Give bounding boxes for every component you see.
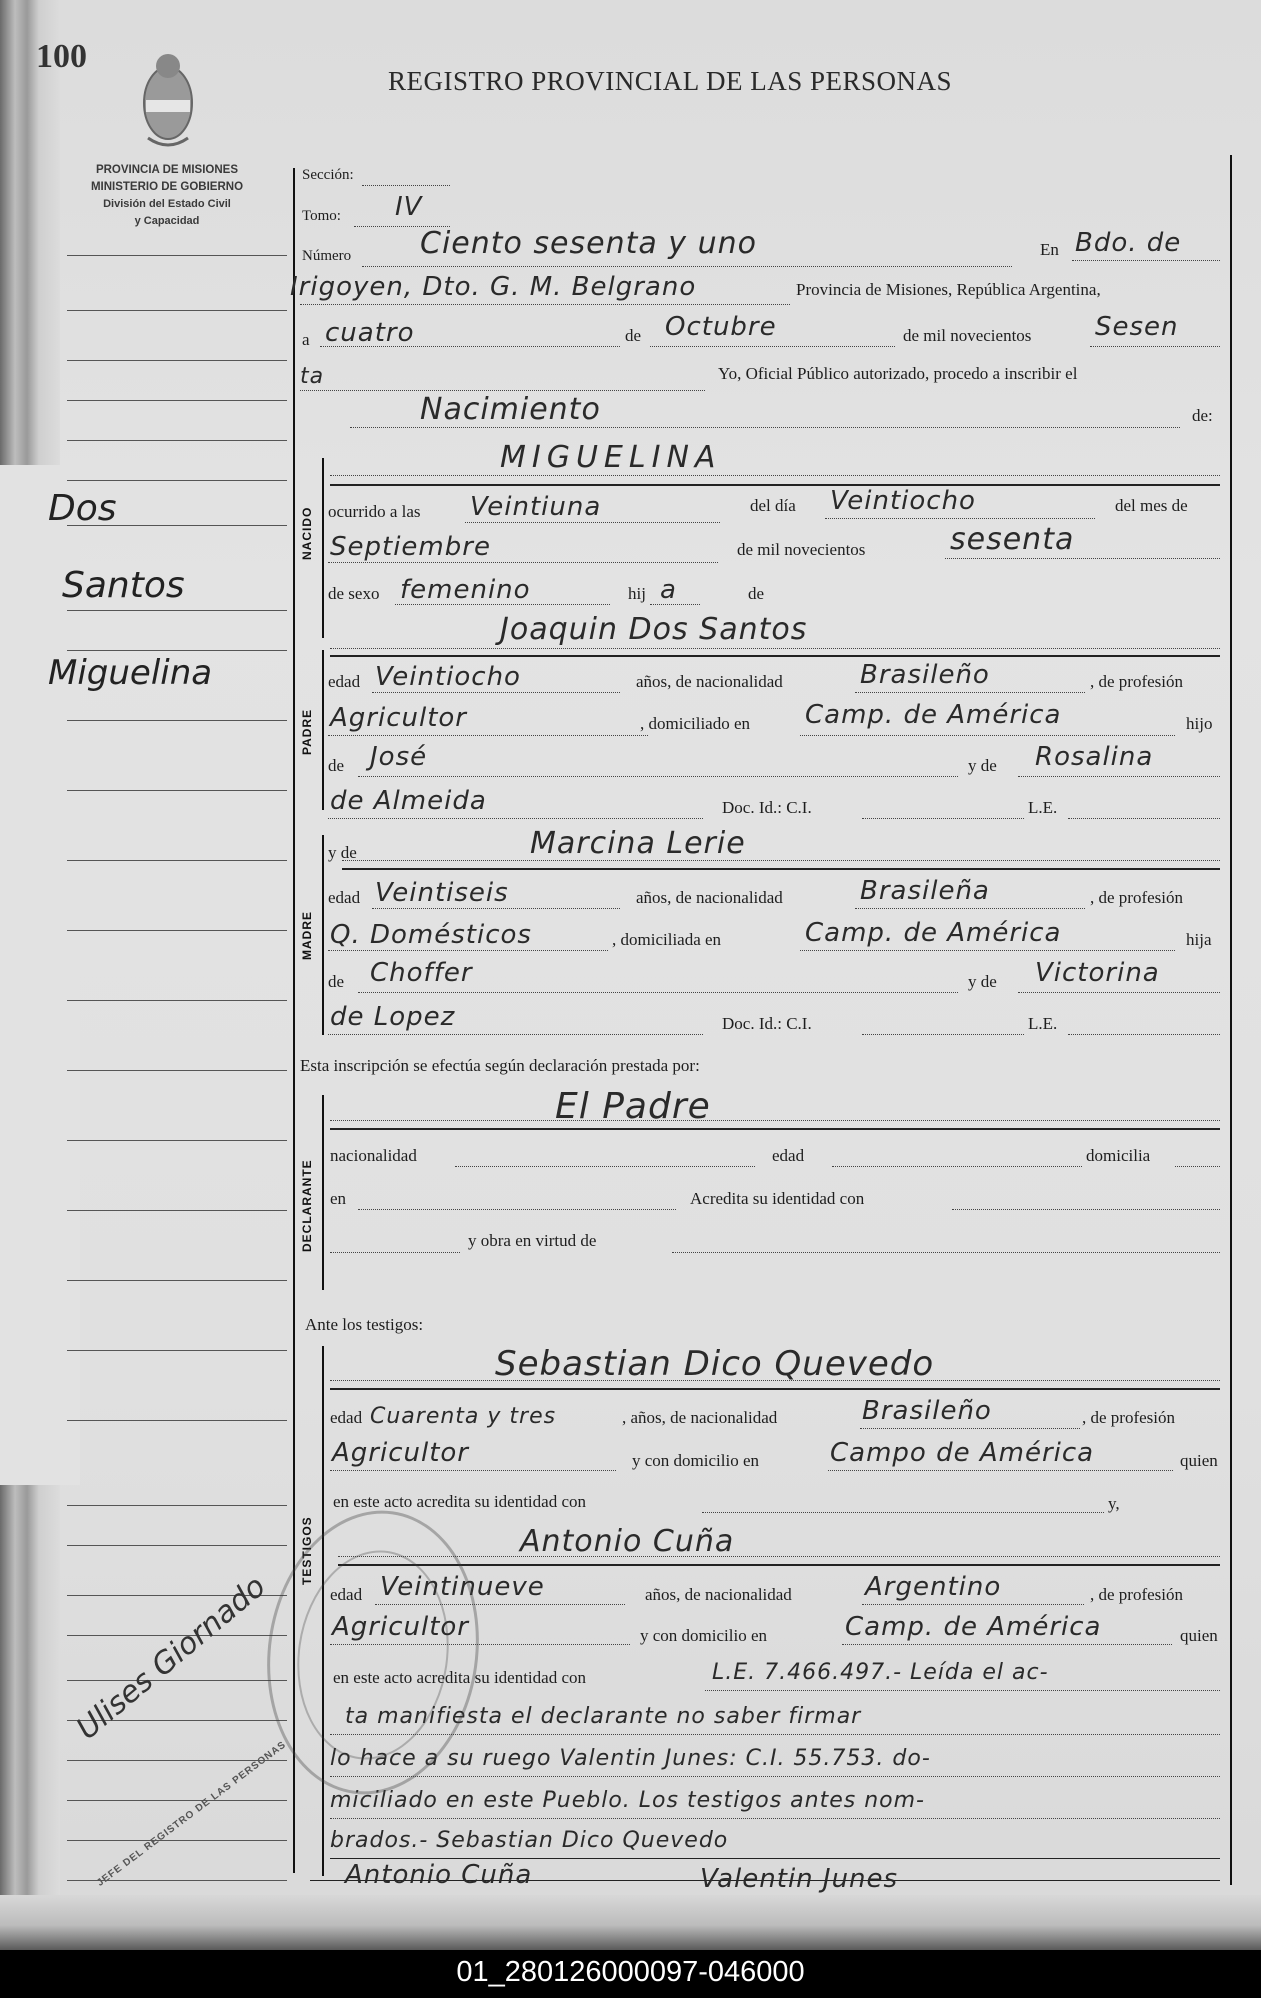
year-prefix-label: de mil novecientos: [903, 326, 1031, 346]
father-doc-label: Doc. Id.: C.I.: [722, 798, 812, 818]
margin-panel: [0, 465, 80, 1485]
mother-domicile-value: Camp. de América: [805, 918, 1061, 948]
margin-line: [67, 1000, 287, 1001]
mother-hija-label: hija: [1186, 930, 1212, 950]
margin-line: [67, 1070, 287, 1071]
province-text: Provincia de Misiones, República Argenti…: [796, 280, 1101, 300]
mother-edad-label: edad: [328, 888, 360, 908]
note-line-3: miciliado en este Pueblo. Los testigos a…: [330, 1788, 925, 1813]
declarante-edad-field: [832, 1166, 1082, 1167]
witness-1-profession-value: Agricultor: [332, 1438, 469, 1468]
day-prefix-label: a: [302, 330, 310, 350]
year-continuation-field: [300, 390, 705, 391]
margin-given-name: Miguelina: [48, 653, 212, 693]
father-le-field: [1068, 818, 1220, 819]
father-father-field: [358, 776, 958, 777]
witness-2-nationality-field: [862, 1604, 1084, 1605]
sex-label: de sexo: [328, 584, 379, 604]
declarante-acredita-label: Acredita su identidad con: [690, 1189, 864, 1209]
margin-line: [67, 440, 287, 441]
margin-surname-1: Dos: [48, 488, 117, 529]
registration-day-value: cuatro: [325, 318, 415, 348]
father-mother-value-2: de Almeida: [330, 786, 487, 816]
witness-2-domicile-field: [842, 1644, 1172, 1645]
margin-line: [67, 1280, 287, 1281]
hij-value: a: [660, 575, 677, 605]
mother-profession-label: , de profesión: [1090, 888, 1183, 908]
mother-mother-value-2: de Lopez: [330, 1002, 455, 1032]
margin-line: [67, 310, 287, 311]
act-field: [350, 427, 1180, 428]
mother-ci-field: [862, 1034, 1024, 1035]
father-profession-field: [328, 735, 648, 736]
mother-name-field: [342, 860, 1220, 861]
margin-line: [67, 650, 287, 651]
mother-edad-field: [372, 908, 620, 909]
father-edad-field: [372, 692, 620, 693]
en-field: [1072, 260, 1220, 261]
witness-1-acredita-field: [702, 1512, 1104, 1513]
tomo-label: Tomo:: [302, 208, 341, 225]
declarante-nationality-field: [455, 1166, 755, 1167]
agency-division-2: y Capacidad: [52, 213, 282, 230]
father-father-value: José: [370, 742, 427, 772]
registration-year-value-1: Sesen: [1095, 312, 1179, 342]
father-domicile-value: Camp. de América: [805, 700, 1061, 730]
nacido-bracket: [322, 458, 324, 638]
father-nationality-field: [855, 692, 1085, 693]
declarante-obra-field: [672, 1252, 1220, 1253]
padre-section-label: PADRE: [300, 709, 314, 755]
note-line: [330, 1776, 1220, 1777]
birth-month-label: del mes de: [1115, 496, 1188, 516]
note-line: [330, 1858, 1220, 1859]
sex-value: femenino: [400, 575, 531, 605]
witness-2-quien-label: quien: [1180, 1626, 1218, 1646]
witness-2-domicile-value: Camp. de América: [845, 1612, 1101, 1642]
place-value: Irigoyen, Dto. G. M. Belgrano: [290, 272, 696, 302]
father-nationality-value: Brasileño: [860, 660, 990, 690]
witness-1-anos-label: , años, de nacionalidad: [622, 1408, 777, 1428]
declarante-section-label: DECLARANTE: [300, 1159, 314, 1252]
witness-signature: Antonio Cuña: [345, 1860, 532, 1890]
folio-number: 100: [36, 38, 87, 76]
witness-2-nationality-value: Argentino: [865, 1572, 1001, 1602]
witness-1-domicile-label: y con domicilio en: [632, 1451, 759, 1471]
witness-1-nationality-value: Brasileño: [862, 1396, 992, 1426]
rule: [330, 1128, 1220, 1130]
ruego-signature: Valentin Junes: [700, 1864, 898, 1894]
agency-province: PROVINCIA DE MISIONES: [52, 162, 282, 179]
declarante-nationality-label: nacionalidad: [330, 1146, 417, 1166]
witness-1-edad-label: edad: [330, 1408, 362, 1428]
margin-line: [67, 1140, 287, 1141]
mother-parent-de-label: de: [328, 972, 344, 992]
rule: [330, 484, 1220, 486]
seccion-field: [362, 185, 450, 186]
testigos-intro: Ante los testigos:: [305, 1315, 423, 1335]
margin-line: [67, 400, 287, 401]
father-profession-label: , de profesión: [1090, 672, 1183, 692]
agency-block: PROVINCIA DE MISIONES MINISTERIO DE GOBI…: [52, 162, 282, 230]
mother-edad-value: Veintiseis: [375, 878, 509, 908]
witness-2-name-value: Antonio Cuña: [520, 1524, 734, 1559]
margin-line: [67, 860, 287, 861]
margin-line: [67, 480, 287, 481]
birth-hour-value: Veintiuna: [470, 492, 601, 522]
note-line-4: brados.- Sebastian Dico Quevedo: [330, 1828, 728, 1853]
father-le-label: L.E.: [1028, 798, 1057, 818]
margin-surname-2: Santos: [62, 565, 185, 606]
mother-le-label: L.E.: [1028, 1014, 1057, 1034]
declarante-name-field: [330, 1120, 1220, 1121]
en-label: En: [1040, 240, 1059, 260]
witness-1-profession-field: [330, 1470, 616, 1471]
document-title: REGISTRO PROVINCIAL DE LAS PERSONAS: [388, 66, 952, 97]
margin-line: [67, 1680, 287, 1681]
father-mother-continuation-field: [328, 818, 703, 819]
hour-label: ocurrido a las: [328, 502, 421, 522]
declarante-intro: Esta inscripción se efectúa según declar…: [300, 1056, 700, 1076]
rule: [330, 1388, 1220, 1390]
father-name-field: [330, 648, 1220, 649]
mother-anos-label: años, de nacionalidad: [636, 888, 783, 908]
witness-2-anos-label: años, de nacionalidad: [645, 1585, 792, 1605]
act-suffix: de:: [1192, 406, 1213, 426]
witness-1-domicile-value: Campo de América: [830, 1438, 1094, 1468]
margin-line: [67, 1840, 287, 1841]
margin-line: [67, 790, 287, 791]
declarante-obra-prefix-field: [330, 1252, 460, 1253]
birth-day-label: del día: [750, 496, 796, 516]
rule: [330, 655, 1220, 657]
mother-y-de2-label: y de: [968, 972, 997, 992]
witness-1-quien-label: quien: [1180, 1451, 1218, 1471]
note-line: [330, 1818, 1220, 1819]
witness-2-acredita-field: [705, 1690, 1220, 1691]
place-field: [300, 304, 790, 305]
birth-day-field: [825, 518, 1095, 519]
witness-1-edad-value: Cuarenta y tres: [370, 1404, 556, 1429]
rule: [342, 868, 1220, 870]
mother-nationality-field: [855, 908, 1085, 909]
father-profession-value: Agricultor: [330, 703, 467, 733]
note-line: [330, 1734, 1220, 1735]
agency-division: División del Estado Civil: [52, 196, 282, 213]
birth-year-field: [945, 558, 1220, 559]
witness-2-acredita-value: L.E. 7.466.497.- Leída el ac-: [712, 1660, 1049, 1685]
witness-1-y-label: y,: [1108, 1494, 1120, 1514]
mother-name-value: Marcina Lerie: [530, 826, 746, 861]
witness-1-name-value: Sebastian Dico Quevedo: [495, 1344, 934, 1384]
page-edge: [0, 1895, 1261, 1950]
mother-domicile-label: , domiciliada en: [612, 930, 721, 950]
witness-2-name-field: [338, 1556, 1220, 1557]
father-domicile-field: [800, 735, 1175, 736]
margin-line: [67, 255, 287, 256]
image-id-bar: 01_280126000097-046000: [0, 1950, 1261, 1998]
register-page: 100 REGISTRO PROVINCIAL DE LAS PERSONAS …: [0, 0, 1261, 1950]
padre-bracket: [322, 650, 324, 810]
mother-nationality-value: Brasileña: [860, 876, 990, 906]
mother-mother-value-1: Victorina: [1035, 958, 1160, 988]
father-ci-field: [862, 818, 1024, 819]
margin-line: [67, 1210, 287, 1211]
witness-1-domicile-field: [828, 1470, 1173, 1471]
witness-2-domicile-label: y con domicilio en: [640, 1626, 767, 1646]
margin-line: [67, 360, 287, 361]
registration-month-value: Octubre: [665, 312, 777, 342]
de-label: de: [748, 584, 764, 604]
father-y-de-label: y de: [968, 756, 997, 776]
birth-month-value: Septiembre: [330, 532, 491, 562]
father-domicile-label: , domiciliado en: [640, 714, 750, 734]
numero-label: Número: [302, 248, 351, 265]
rule: [338, 1564, 1220, 1566]
witness-1-acredita-label: en este acto acredita su identidad con: [333, 1492, 586, 1512]
father-mother-field: [1018, 776, 1220, 777]
margin-line: [67, 1800, 287, 1801]
numero-value: Ciento sesenta y uno: [420, 226, 757, 261]
hij-label: hij: [628, 584, 646, 604]
image-id-label: 01_280126000097-046000: [0, 1956, 1261, 1989]
mother-mother-continuation-field: [328, 1034, 703, 1035]
madre-bracket: [322, 835, 324, 1035]
birth-year-label: de mil novecientos: [737, 540, 865, 560]
margin-line: [67, 930, 287, 931]
form-right-border: [1230, 155, 1232, 1885]
father-edad-label: edad: [328, 672, 360, 692]
tomo-value: IV: [395, 192, 422, 222]
declarante-acredita-field: [952, 1209, 1220, 1210]
margin-line: [67, 1505, 287, 1506]
declarante-en-field: [358, 1209, 676, 1210]
numero-field: [362, 266, 1012, 267]
seal-caption: JEFE DEL REGISTRO DE LAS PERSONAS: [95, 1739, 288, 1889]
mother-le-field: [1068, 1034, 1220, 1035]
declarante-obra-label: y obra en virtud de: [468, 1231, 596, 1251]
father-anos-label: años, de nacionalidad: [636, 672, 783, 692]
mother-domicile-field: [800, 950, 1175, 951]
mother-mother-field: [1018, 992, 1220, 993]
mother-profession-field: [328, 950, 608, 951]
father-mother-value-1: Rosalina: [1035, 742, 1153, 772]
declarante-edad-label: edad: [772, 1146, 804, 1166]
seccion-label: Sección:: [302, 167, 354, 184]
en-value: Bdo. de: [1075, 228, 1181, 258]
margin-line: [67, 720, 287, 721]
mother-father-value: Choffer: [370, 958, 473, 988]
official-text: Yo, Oficial Público autorizado, procedo …: [718, 364, 1077, 384]
margin-line: [67, 610, 287, 611]
mother-profession-value: Q. Domésticos: [330, 920, 532, 950]
nacido-section-label: NACIDO: [300, 507, 314, 560]
mother-father-field: [358, 992, 958, 993]
madre-section-label: MADRE: [300, 911, 314, 960]
declarante-en-label: en: [330, 1189, 346, 1209]
witness-1-nationality-field: [860, 1428, 1080, 1429]
agency-ministry: MINISTERIO DE GOBIERNO: [52, 179, 282, 196]
child-name-field: [330, 475, 1220, 476]
birth-month-field: [328, 562, 718, 563]
father-edad-value: Veintiocho: [375, 662, 521, 692]
witness-2-profession-label: , de profesión: [1090, 1585, 1183, 1605]
father-hijo-label: hijo: [1186, 714, 1212, 734]
argentine-coat-of-arms-icon: [138, 48, 198, 153]
year-field: [1090, 346, 1220, 347]
child-name-value: MIGUELINA: [500, 440, 721, 475]
month-prefix-label: de: [625, 326, 641, 346]
mother-doc-label: Doc. Id.: C.I.: [722, 1014, 812, 1034]
declarante-domicilia-label: domicilia: [1086, 1146, 1150, 1166]
act-value: Nacimiento: [420, 392, 601, 427]
registration-year-value-2: ta: [300, 364, 324, 389]
hour-field: [465, 522, 720, 523]
declarante-bracket: [322, 1095, 324, 1290]
month-field: [650, 346, 895, 347]
witness-1-profession-label: , de profesión: [1082, 1408, 1175, 1428]
margin-line: [67, 1350, 287, 1351]
father-parent-de-label: de: [328, 756, 344, 776]
birth-day-value: Veintiocho: [830, 486, 976, 516]
birth-year-value: sesenta: [950, 522, 1074, 557]
father-name-value: Joaquin Dos Santos: [500, 612, 807, 647]
margin-line: [67, 1545, 287, 1546]
declarante-domicilia-field: [1175, 1166, 1220, 1167]
declarante-name-value: El Padre: [555, 1086, 711, 1127]
margin-line: [67, 1420, 287, 1421]
